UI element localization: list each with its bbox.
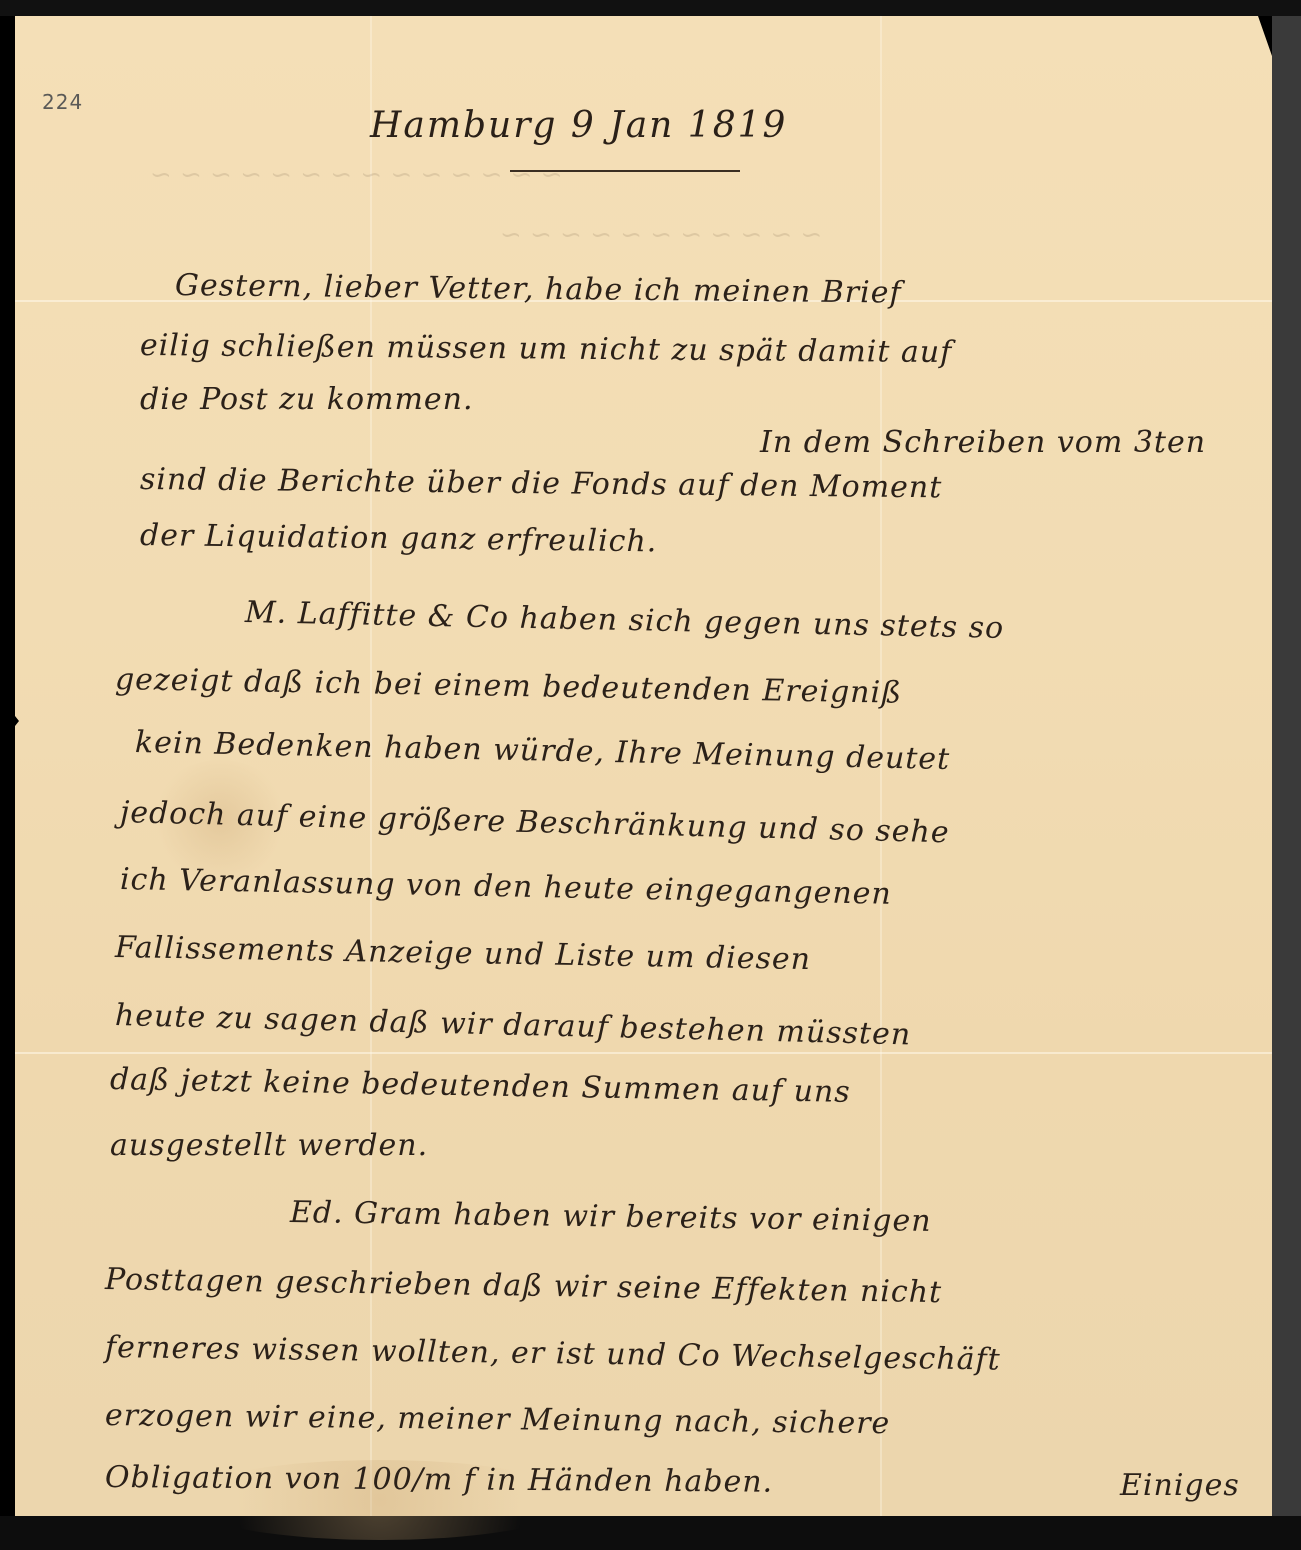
show-through-text: ~ ~ ~ ~ ~ ~ ~ ~ ~ ~ ~ ~ ~ ~ <box>150 160 562 190</box>
letter-line: der Liquidation ganz erfreulich. <box>140 518 658 559</box>
heading-underline <box>510 170 740 172</box>
archive-number: 224 <box>42 90 83 114</box>
letter-line: die Post zu kommen. <box>140 382 474 417</box>
letter-line: In dem Schreiben vom 3ten <box>760 425 1206 460</box>
scan-border-top <box>0 0 1301 16</box>
catchword: Einiges <box>1120 1468 1240 1503</box>
scan-border-right <box>1272 16 1301 1516</box>
letter-line: ausgestellt werden. <box>110 1128 428 1163</box>
place-date-heading: Hamburg 9 Jan 1819 <box>370 105 787 146</box>
scan-border-bottom <box>0 1516 1301 1550</box>
letter-line: eilig schließen müssen um nicht zu spät … <box>140 328 953 370</box>
letter-line: Obligation von 100/m f in Händen haben. <box>105 1460 773 1500</box>
paper-fold-horizontal <box>15 1052 1272 1054</box>
show-through-text: ~ ~ ~ ~ ~ ~ ~ ~ ~ ~ ~ <box>500 220 822 250</box>
